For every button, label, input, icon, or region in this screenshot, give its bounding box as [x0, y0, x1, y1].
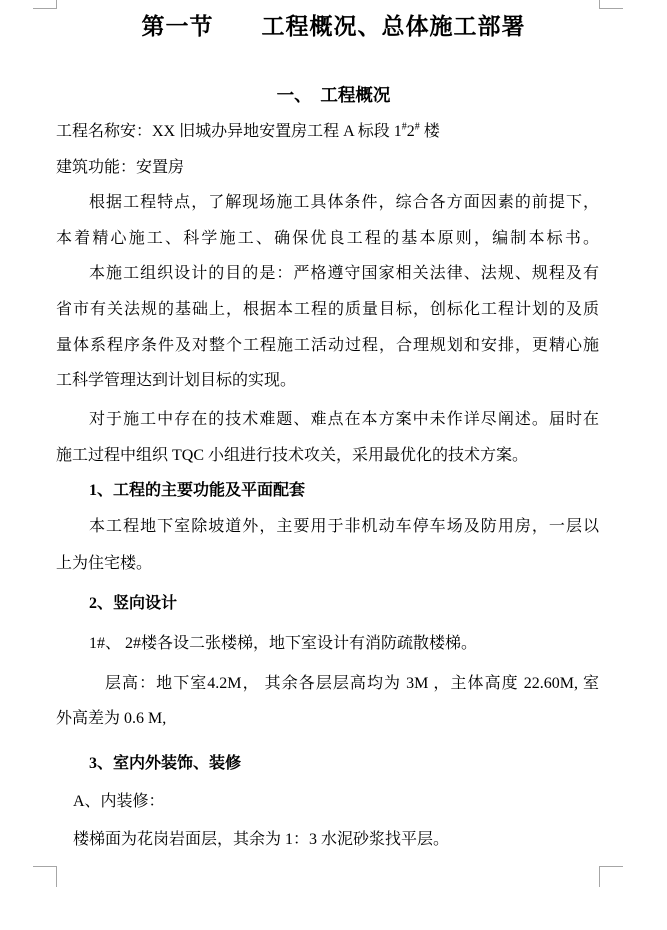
subheading-3-decoration: 3、室内外装饰、装修: [89, 753, 241, 774]
body-line: 施工过程中组织 TQC 小组进行技术攻关，采用最优化的技术方案。: [56, 445, 528, 466]
building-number: 2: [407, 123, 415, 140]
body-line: 工科学管理达到计划目标的实现。: [56, 370, 296, 391]
crop-mark-top-right-icon: [599, 0, 623, 9]
body-line: A、内装修：: [73, 791, 165, 812]
body-line: 省市有关法规的基础上，根据本工程的质量目标，创标化工程计划的及质: [56, 299, 599, 320]
chapter-title: 第一节 工程概况、总体施工部署: [0, 12, 667, 42]
body-line: 本工程地下室除坡道外，主要用于非机动车停车场及防用房，一层以: [89, 516, 599, 537]
project-name-suffix: 楼: [420, 123, 440, 140]
body-line: 1#、 2#楼各设二张楼梯，地下室设计有消防疏散楼梯。: [89, 633, 477, 654]
body-line: 楼梯面为花岗岩面层，其余为 1：3 水泥砂浆找平层。: [73, 829, 449, 850]
body-line: 外高差为 0.6 M,: [56, 708, 166, 729]
crop-mark-top-left-icon: [33, 0, 57, 9]
crop-mark-bottom-left-icon: [33, 866, 57, 887]
project-name-text: 工程名称安：XX 旧城办异地安置房工程 A 标段 1: [56, 123, 402, 140]
body-line: 本施工组织设计的目的是：严格遵守国家相关法律、法规、规程及有: [89, 263, 599, 284]
subheading-2-vertical-design: 2、竖向设计: [89, 593, 177, 614]
section-title: 一、 工程概况: [0, 83, 667, 107]
document-page[interactable]: 第一节 工程概况、总体施工部署 一、 工程概况 工程名称安：XX 旧城办异地安置…: [0, 0, 667, 930]
body-line: 根据工程特点，了解现场施工具体条件，综合各方面因素的前提下，: [89, 192, 599, 213]
body-line: 本着精心施工、科学施工、确保优良工程的基本原则，编制本标书。: [56, 228, 599, 249]
body-line: 上为住宅楼。: [56, 553, 152, 574]
body-line: 量体系程序条件及对整个工程施工活动过程，合理规划和安排，更精心施: [56, 335, 599, 356]
body-line: 层高：地下室4.2M， 其余各层层高均为 3M ，主体高度 22.60M, 室: [105, 673, 599, 694]
crop-mark-bottom-right-icon: [599, 866, 623, 887]
subheading-1-functions: 1、工程的主要功能及平面配套: [89, 480, 305, 501]
body-line: 对于施工中存在的技术难题、难点在本方案中未作详尽阐述。届时在: [89, 409, 599, 430]
project-name-line: 工程名称安：XX 旧城办异地安置房工程 A 标段 1#2# 楼: [56, 121, 440, 142]
building-function-line: 建筑功能：安置房: [56, 157, 184, 178]
